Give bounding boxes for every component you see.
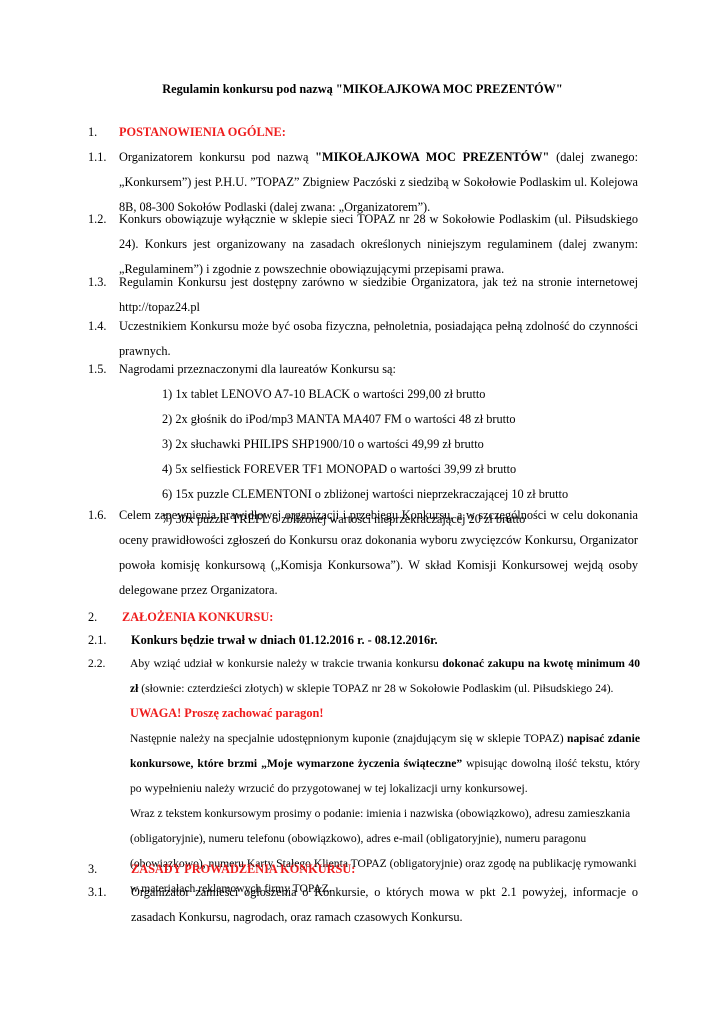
paragraph-number: 2.2. — [88, 651, 118, 676]
section-2-heading: 2. ZAŁOŻENIA KONKURSU: — [88, 605, 638, 630]
paragraph-text: Regulamin Konkursu jest dostępny zarówno… — [119, 270, 638, 320]
paragraph-2-1: 2.1. Konkurs będzie trwał w dniach 01.12… — [88, 628, 638, 653]
section-number: 3. — [88, 857, 118, 882]
paragraph-1-5: 1.5. Nagrodami przeznaczonymi dla laurea… — [88, 357, 638, 382]
paragraph-number: 1.2. — [88, 207, 118, 232]
receipt-warning: UWAGA! Proszę zachować paragon! — [130, 701, 640, 726]
contest-name: "MIKOŁAJKOWA MOC PREZENTÓW" — [315, 150, 549, 164]
paragraph-number: 1.6. — [88, 503, 118, 528]
section-title: ZASADY PROWADZENIA KONKURSU: — [131, 857, 638, 882]
section-title: POSTANOWIENIA OGÓLNE: — [119, 120, 638, 145]
paragraph-1-3: 1.3. Regulamin Konkursu jest dostępny za… — [88, 270, 638, 320]
paragraph-text: Nagrodami przeznaczonymi dla laureatów K… — [119, 357, 638, 382]
document-title: Regulamin konkursu pod nazwą "MIKOŁAJKOW… — [0, 82, 725, 97]
section-1-heading: 1. POSTANOWIENIA OGÓLNE: — [88, 120, 638, 145]
text-part: Organizatorem konkursu pod nazwą — [119, 150, 315, 164]
paragraph-number: 1.4. — [88, 314, 118, 339]
section-title: ZAŁOŻENIA KONKURSU: — [122, 605, 638, 630]
paragraph-number: 1.5. — [88, 357, 118, 382]
paragraph-text: Organizator zamieści ogłoszenia o Konkur… — [131, 880, 638, 930]
prize-item: 4) 5x selfiestick FOREVER TF1 MONOPAD o … — [162, 457, 516, 482]
text-part: Następnie należy na specjalnie udostępni… — [130, 732, 567, 745]
prize-item: 3) 2x słuchawki PHILIPS SHP1900/10 o war… — [162, 432, 484, 457]
prize-item: 2) 2x głośnik do iPod/mp3 MANTA MA407 FM… — [162, 407, 516, 432]
prize-item: 1) 1x tablet LENOVO A7-10 BLACK o wartoś… — [162, 382, 485, 407]
paragraph-number: 1.1. — [88, 145, 118, 170]
contest-dates: Konkurs będzie trwał w dniach 01.12.2016… — [131, 628, 638, 653]
section-number: 2. — [88, 605, 118, 630]
text-part: Aby wziąć udział w konkursie należy w tr… — [130, 657, 442, 670]
paragraph-3-1: 3.1. Organizator zamieści ogłoszenia o K… — [88, 880, 638, 930]
paragraph-1-6-body: 1.6. Celem zapewnienia prawidłowej organ… — [88, 503, 638, 603]
paragraph-number: 1.3. — [88, 270, 118, 295]
section-3-heading: 3. ZASADY PROWADZENIA KONKURSU: — [88, 857, 638, 882]
paragraph-number: 3.1. — [88, 880, 118, 905]
paragraph-text: Celem zapewnienia prawidłowej organizacj… — [119, 503, 638, 603]
section-number: 1. — [88, 120, 118, 145]
paragraph-number: 2.1. — [88, 628, 118, 653]
text-part: (słownie: czterdzieści złotych) w sklepi… — [138, 682, 613, 695]
